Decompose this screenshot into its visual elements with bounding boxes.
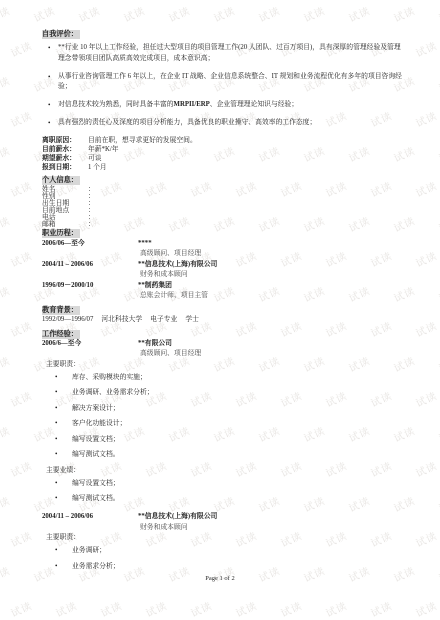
duty-list: 业务调研； 业务需求分析； <box>42 546 402 571</box>
page-footer: Page 1 of 2 <box>0 575 440 582</box>
career-history-list: 2006/06—至今**** 高级顾问、项目经理 2004/11 – 2006/… <box>42 239 402 302</box>
summary-value: 1 个月 <box>88 164 107 171</box>
career-entry-row: 2004/11 – 2006/06**信息技术(上海)有限公司 <box>42 260 402 271</box>
work-title: 高级顾问、项目经理 <box>140 349 402 360</box>
duty-section-label: 主要职责： <box>46 533 402 542</box>
work-period: 2004/11 – 2006/06 <box>42 512 138 523</box>
career-company: **** <box>138 240 152 247</box>
duty-bullet: 业务调研、业务需求分析； <box>42 388 402 397</box>
watermark: 试读 <box>346 2 372 25</box>
summary-row: 期望薪水：可谈 <box>42 154 402 163</box>
watermark: 试读 <box>8 177 34 200</box>
work-company: **有限公司 <box>138 340 172 347</box>
personal-info-list: 姓名： 性别： 出生日期： 目前地点： 电话： 邮箱： <box>42 186 402 229</box>
watermark: 试读 <box>301 2 327 25</box>
watermark: 试读 <box>8 107 34 130</box>
career-title: 总账会计师、项目主管 <box>140 291 402 302</box>
watermark: 试读 <box>98 597 124 620</box>
watermark: 试读 <box>368 597 394 620</box>
duty-bullet: 业务需求分析； <box>42 562 402 571</box>
achievement-list: 编写设置文档； 编写测试文档。 <box>42 479 402 504</box>
watermark: 试读 <box>278 597 304 620</box>
resume-page: 试读试读试读试读试读试读试读试读试读试读试读试读试读试读试读试读试读试读试读试读… <box>0 0 440 620</box>
section-heading-personal-info: 个人信息： <box>42 176 80 185</box>
watermark: 试读 <box>8 457 34 480</box>
watermark: 试读 <box>413 37 439 60</box>
self-eval-bullet-term: MRPII/ERP <box>174 101 210 108</box>
self-eval-bullet-text: 对信息技术较为熟悉，同时具备丰富的 <box>58 101 174 108</box>
watermark: 试读 <box>76 2 102 25</box>
watermark: 试读 <box>436 72 440 95</box>
section-heading-education: 教育背景： <box>42 306 80 315</box>
watermark: 试读 <box>0 72 12 95</box>
watermark: 试读 <box>256 2 282 25</box>
watermark: 试读 <box>0 142 12 165</box>
watermark: 试读 <box>436 352 440 375</box>
work-entry-row: 2006/6—至今**有限公司 <box>42 339 402 350</box>
section-heading-self-evaluation: 自我评价： <box>42 30 80 39</box>
watermark: 试读 <box>413 457 439 480</box>
self-eval-bullet: 从事行业咨询管理工作 6 年以上，在企业 IT 战略、企业信息系统整合、IT 规… <box>42 72 402 93</box>
personal-info-row: 性别： <box>42 193 402 200</box>
personal-info-row: 姓名： <box>42 186 402 193</box>
work-company: **信息技术(上海)有限公司 <box>138 513 217 520</box>
self-evaluation-list: **行业 10 年以上工作经验，担任过大型项目的项目管理工作(20 人团队、过百… <box>42 43 402 129</box>
watermark: 试读 <box>323 597 349 620</box>
achievement-section-label: 主要业绩： <box>46 466 402 475</box>
career-period: 2004/11 – 2006/06 <box>42 260 138 271</box>
duty-bullet: 库存、采购模块的实施； <box>42 373 402 382</box>
personal-info-row: 出生日期： <box>42 200 402 207</box>
personal-info-row: 电话： <box>42 214 402 221</box>
watermark: 试读 <box>0 2 12 25</box>
watermark: 试读 <box>391 2 417 25</box>
summary-row: 报到日期：1 个月 <box>42 163 402 172</box>
watermark: 试读 <box>413 387 439 410</box>
duty-bullet: 编写设置文档； <box>42 435 402 444</box>
personal-info-row: 邮箱： <box>42 221 402 228</box>
career-title: 高级顾问、项目经理 <box>140 249 402 260</box>
summary-value: 年薪*K/年 <box>88 146 119 153</box>
summary-label: 离职原因： <box>42 136 88 145</box>
watermark: 试读 <box>413 177 439 200</box>
summary-label: 报到日期： <box>42 163 88 172</box>
watermark: 试读 <box>413 527 439 550</box>
work-entry-row: 2004/11 – 2006/06**信息技术(上海)有限公司 <box>42 512 402 523</box>
resume-content: 自我评价： **行业 10 年以上工作经验，担任过大型项目的项目管理工作(20 … <box>42 30 402 577</box>
watermark: 试读 <box>0 492 12 515</box>
education-degree: 学士 <box>185 316 199 323</box>
watermark: 试读 <box>436 212 440 235</box>
career-period: 1996/09－2000/10 <box>42 281 138 292</box>
summary-label: 目前薪水： <box>42 145 88 154</box>
duty-bullet: 解决方案设计； <box>42 404 402 413</box>
education-period: 1992/09—1996/07 <box>42 316 93 323</box>
achievement-bullet: 编写设置文档； <box>42 479 402 488</box>
education-line: 1992/09—1996/07河北科技大学电子专业学士 <box>42 315 402 325</box>
watermark: 试读 <box>8 247 34 270</box>
watermark: 试读 <box>413 597 439 620</box>
education-school: 河北科技大学 <box>101 316 142 323</box>
self-eval-bullet: **行业 10 年以上工作经验，担任过大型项目的项目管理工作(20 人团队、过百… <box>42 43 402 64</box>
watermark: 试读 <box>143 597 169 620</box>
watermark: 试读 <box>0 352 12 375</box>
work-title: 财务和成本顾问 <box>140 523 402 534</box>
duty-bullet: 业务调研； <box>42 546 402 555</box>
career-period: 2006/06—至今 <box>42 239 138 250</box>
watermark: 试读 <box>121 2 147 25</box>
watermark: 试读 <box>413 317 439 340</box>
duty-list: 库存、采购模块的实施； 业务调研、业务需求分析； 解决方案设计； 客户化功能设计… <box>42 373 402 460</box>
summary-row: 离职原因：目前在职，想寻求更好的发展空间。 <box>42 136 402 145</box>
personal-info-colon: ： <box>88 207 95 214</box>
personal-info-colon: ： <box>88 193 95 200</box>
watermark: 试读 <box>0 212 12 235</box>
watermark: 试读 <box>413 247 439 270</box>
career-company: **信息技术(上海)有限公司 <box>138 261 217 268</box>
duty-bullet: 客户化功能设计； <box>42 419 402 428</box>
career-entry-row: 2006/06—至今**** <box>42 239 402 250</box>
career-company: **制药集团 <box>138 282 172 289</box>
personal-info-colon: ： <box>88 200 95 207</box>
watermark: 试读 <box>0 282 12 305</box>
section-heading-work-experience: 工作经验： <box>42 330 80 339</box>
summary-label: 期望薪水： <box>42 154 88 163</box>
summary-value: 可谈 <box>88 155 102 162</box>
watermark: 试读 <box>436 492 440 515</box>
personal-info-label: 邮箱 <box>42 221 88 228</box>
job-summary-fields: 离职原因：目前在职，想寻求更好的发展空间。 目前薪水：年薪*K/年 期望薪水：可… <box>42 136 402 172</box>
watermark: 试读 <box>436 142 440 165</box>
watermark: 试读 <box>8 387 34 410</box>
personal-info-colon: ： <box>88 186 95 193</box>
summary-value: 目前在职，想寻求更好的发展空间。 <box>88 137 197 144</box>
watermark: 试读 <box>166 2 192 25</box>
watermark: 试读 <box>8 317 34 340</box>
self-eval-bullet: 对信息技术较为熟悉，同时具备丰富的MRPII/ERP、企业管理理论知识与经验； <box>42 100 402 111</box>
watermark: 试读 <box>8 527 34 550</box>
career-title: 财务和成本顾问 <box>140 270 402 281</box>
watermark: 试读 <box>211 2 237 25</box>
watermark: 试读 <box>436 422 440 445</box>
watermark: 试读 <box>436 2 440 25</box>
work-period: 2006/6—至今 <box>42 339 138 350</box>
watermark: 试读 <box>8 597 34 620</box>
watermark: 试读 <box>8 37 34 60</box>
watermark: 试读 <box>53 597 79 620</box>
personal-info-colon: ： <box>88 214 95 221</box>
section-heading-career-history: 职业历程： <box>42 229 80 238</box>
achievement-bullet: 编写测试文档。 <box>42 494 402 503</box>
self-eval-bullet: 具有强烈的责任心及深度的项目分析能力，具备优良的职业操守、高效率的工作态度； <box>42 118 402 129</box>
self-eval-bullet-text: 、企业管理理论知识与经验； <box>210 101 298 108</box>
personal-info-row: 目前地点： <box>42 207 402 214</box>
watermark: 试读 <box>31 2 57 25</box>
watermark: 试读 <box>413 107 439 130</box>
watermark: 试读 <box>233 597 259 620</box>
watermark: 试读 <box>188 597 214 620</box>
watermark: 试读 <box>436 282 440 305</box>
summary-row: 目前薪水：年薪*K/年 <box>42 145 402 154</box>
duty-section-label: 主要职责： <box>46 360 402 369</box>
watermark: 试读 <box>0 422 12 445</box>
education-major: 电子专业 <box>150 316 177 323</box>
duty-bullet: 编写测试文档。 <box>42 450 402 459</box>
personal-info-colon: ： <box>88 221 95 228</box>
career-entry-row: 1996/09－2000/10**制药集团 <box>42 281 402 292</box>
